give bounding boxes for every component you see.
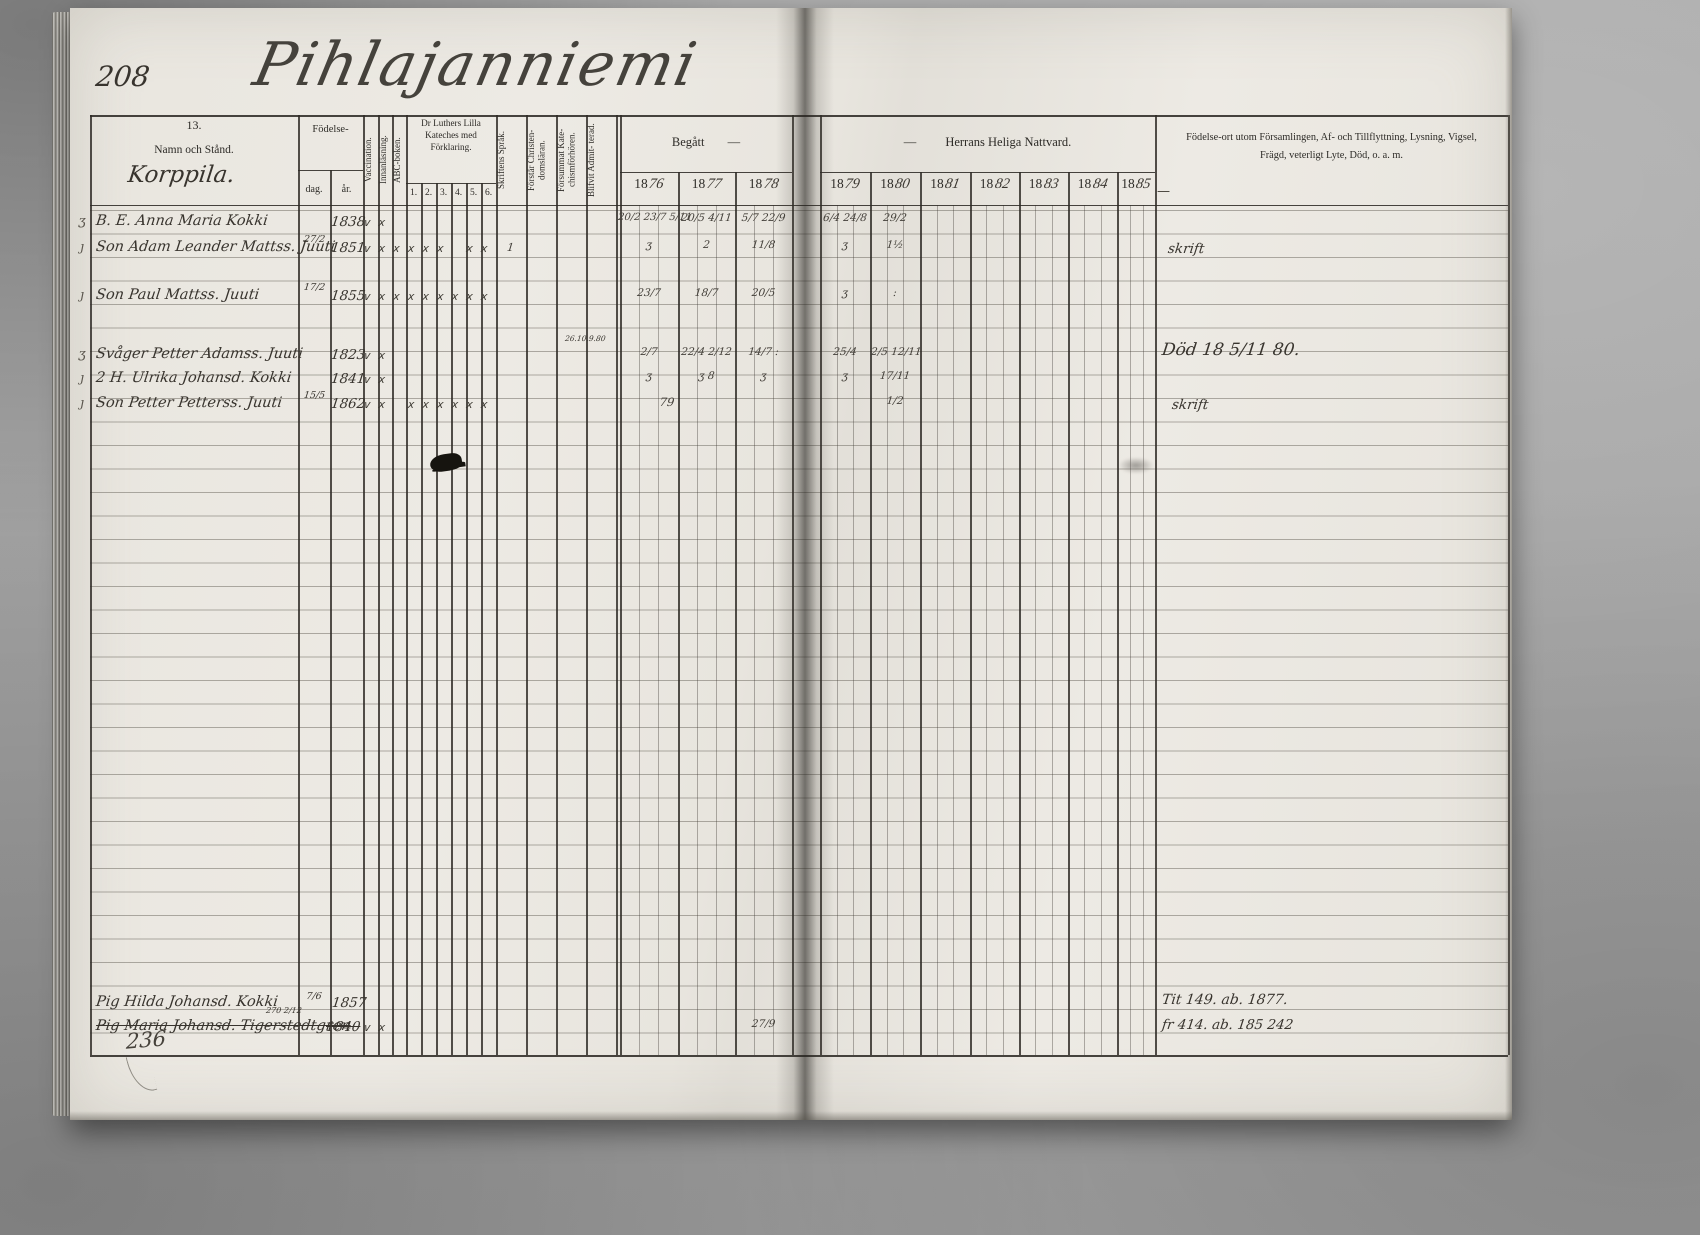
katekes-line: Dr Luthers Lilla: [406, 118, 496, 130]
margin-mark: ʒ: [74, 214, 90, 229]
grid-subline: [1052, 205, 1053, 1055]
row-reading-marks: vxxxxx xx: [363, 242, 496, 255]
communion-marks-1876: 2/7: [620, 346, 677, 358]
year-suffix: 77: [705, 176, 722, 193]
row-name: Son Petter Petterss. Juuti: [95, 395, 283, 411]
year-prefix: 18: [1029, 176, 1043, 191]
margin-mark: ʒ: [74, 347, 90, 362]
katekes-split-line: [406, 183, 496, 184]
year-suffix: 81: [944, 176, 961, 193]
grid-subline: [853, 205, 854, 1055]
row-reading-marks: vx: [363, 216, 394, 229]
row-name: Son Paul Mattss. Juuti: [95, 287, 260, 303]
row-birth-day: 15/5: [298, 390, 330, 401]
year-1880: 1880: [870, 176, 920, 193]
katekes-col-header: 3.: [436, 188, 451, 198]
communion-marks-1880: 17/11: [870, 370, 919, 382]
grid-subline: [937, 205, 938, 1055]
communion-marks-1880: 29/2: [870, 212, 919, 224]
year-prefix: 18: [980, 176, 994, 191]
grid-line-vertical: [1068, 172, 1070, 1055]
row-birth-day: 17/2: [298, 282, 330, 293]
katekes-line: Förklaring.: [406, 142, 496, 154]
tiny-marginal-note: 26.10.9.80: [564, 334, 606, 343]
row-reading-marks: vx: [363, 349, 394, 362]
katekes-col-header: 1.: [406, 188, 421, 198]
years-row-line: [620, 172, 792, 173]
row-note: skrift: [1171, 397, 1209, 413]
forsummat-katekesforhoren-header: Försummat Kate- chismförhören.: [556, 117, 586, 203]
grid-line-vertical: [620, 115, 622, 1055]
year-1881: 1881: [920, 176, 970, 193]
row-name: 2 H. Ulrika Johansd. Kokki: [95, 370, 292, 386]
grid-subline: [754, 205, 755, 1055]
grid-subline: [716, 205, 717, 1055]
grid-subline: [1003, 205, 1004, 1055]
year-suffix: 82: [993, 176, 1010, 193]
grid-line-vertical: [970, 172, 972, 1055]
grid-line-vertical: [363, 115, 365, 1055]
communion-marks-1880: 1½: [870, 239, 919, 251]
katekes-col-header: 4.: [451, 188, 466, 198]
margin-mark: ȷ: [74, 288, 90, 303]
scanned-parish-register: { "page": { "number": "208", "title": "P…: [0, 0, 1700, 1235]
grid-subline: [658, 205, 659, 1055]
after-years-dash: —: [1156, 184, 1171, 199]
row-name: Pig Hilda Johansd. Kokki: [95, 994, 279, 1010]
row-note-death: Död 18 5/11 80.: [1161, 340, 1301, 360]
grid-line-vertical: [298, 115, 300, 1055]
year-1877: 1877: [678, 176, 735, 193]
katekes-col-header: 6.: [481, 188, 496, 198]
name-column-header: Namn och Stånd.: [90, 144, 298, 156]
row-name: Svåger Petter Adamss. Juuti: [95, 346, 304, 362]
row-reading-marks: vx: [363, 1021, 394, 1034]
communion-marks-1876: 23/7: [620, 287, 677, 299]
communion-marks-1880: :: [870, 287, 919, 299]
grid-subline: [1084, 205, 1085, 1055]
grid-line-vertical: [466, 183, 468, 1055]
grid-line-vertical: [870, 172, 872, 1055]
row-birth-year: 1851: [330, 240, 366, 256]
year-suffix: 80: [894, 176, 911, 193]
katekes-col-header: 5.: [466, 188, 481, 198]
row-birth-day: 7/6: [297, 991, 330, 1002]
year-1884: 1884: [1068, 176, 1117, 193]
year-prefix: 18: [749, 176, 763, 191]
grid-line-vertical: [378, 115, 380, 1055]
birth-year-header: år.: [330, 184, 363, 195]
row-birth-year: 1855: [330, 288, 366, 304]
year-suffix: 83: [1042, 176, 1059, 193]
row-name: B. E. Anna Maria Kokki: [95, 213, 269, 229]
nattvard-label: Herrans Heliga Nattvard.: [945, 135, 1071, 149]
grid-subline: [1143, 205, 1144, 1055]
grid-subline: [953, 205, 954, 1055]
row-reading-marks: vx: [363, 373, 394, 386]
grid-subline: [1101, 205, 1102, 1055]
grid-line-vertical: [1117, 172, 1119, 1055]
year-suffix: 79: [844, 176, 861, 193]
year-prefix: 18: [692, 176, 706, 191]
katekes-line: Kateches med: [406, 130, 496, 142]
communion-marks-1877: 22/4 2/12: [678, 346, 734, 358]
row-sprak-mark: 1: [496, 241, 524, 254]
row-birth-year: 1841: [330, 371, 366, 387]
page-title: Pihlajanniemi: [248, 30, 704, 100]
year-1883: 1883: [1019, 176, 1068, 193]
notes-column-header-line2: Frägd, veterligt Lyte, Död, o. a. m.: [1155, 150, 1508, 161]
skriftens-sprak-header: Skriftens Språk.: [496, 117, 526, 203]
year-1882: 1882: [970, 176, 1019, 193]
year-suffix: 76: [648, 176, 665, 193]
grid-line-vertical: [616, 115, 618, 1055]
vaccination-header: Vaccination.: [363, 117, 378, 203]
communion-marks-1876: ʒ: [620, 239, 677, 251]
grid-subline: [639, 205, 640, 1055]
abc-boken-header: ABC-boken.: [392, 117, 406, 203]
book-gutter-fold: [776, 8, 834, 1120]
grid-line-vertical: [436, 183, 438, 1055]
innanlasning-header: Innanläsning.: [378, 117, 392, 203]
grid-line-vertical: [526, 115, 528, 1055]
year-suffix: 85: [1135, 176, 1152, 193]
communion-marks-1877: 2: [678, 239, 734, 251]
grid-subline: [1035, 205, 1036, 1055]
grid-line-vertical: [920, 172, 922, 1055]
row-reading-marks: vxxxxxxxx: [363, 290, 496, 303]
grid-line-vertical: [1019, 172, 1021, 1055]
grid-line-vertical: [451, 183, 453, 1055]
row-note: fr 414. ab. 185 242: [1161, 1017, 1294, 1033]
year-1885: 1885: [1117, 176, 1155, 193]
margin-mark: ȷ: [74, 240, 90, 255]
grid-line-vertical: [1155, 115, 1157, 1055]
grid-subline: [773, 205, 774, 1055]
row-birth-year: 1823: [330, 347, 366, 363]
year-prefix: 18: [1078, 176, 1092, 191]
blifvit-admitterad-header: Blifvit Admit- terad.: [586, 117, 616, 203]
year-prefix: 18: [880, 176, 894, 191]
year-prefix: 18: [930, 176, 944, 191]
row-note: Tit 149. ab. 1877.: [1161, 992, 1289, 1008]
years-row-line: [820, 172, 1155, 173]
begatt-label: Begått: [672, 135, 705, 149]
grid-subline: [1130, 205, 1131, 1055]
communion-marks-1877: 18/7: [678, 287, 734, 299]
birth-day-header: dag.: [298, 184, 330, 195]
footer-mark: 236: [126, 1026, 167, 1054]
year-prefix: 18: [1121, 176, 1135, 191]
register-double-page: 208 Pihlajanniemi 13. Namn och Stånd. Ko…: [70, 8, 1512, 1120]
notes-column-header-line1: Födelse-ort utom Församlingen, Af- och T…: [1155, 132, 1508, 143]
grid-line-vertical: [421, 183, 423, 1055]
grid-line-vertical: [556, 115, 558, 1055]
communion-marks-1877: 20/5 4/11: [678, 212, 734, 224]
row-birth-year: 1862: [330, 396, 366, 412]
katekes-col-header: 2.: [421, 188, 436, 198]
household-name: Korppila.: [126, 162, 236, 188]
row-birth-year: 1838: [330, 214, 366, 230]
book-page-stack-edge: [52, 12, 71, 1116]
grid-subline: [887, 205, 888, 1055]
begatt-header: Begått —: [620, 135, 792, 150]
communion-marks-1877: ʒ 8: [678, 370, 734, 382]
table-number: 13.: [90, 118, 298, 133]
grid-line-vertical: [392, 115, 394, 1055]
birth-group-header: Födelse-: [298, 124, 363, 135]
forstar-christendomslaran-header: Förstår Christen- domsläran.: [526, 117, 556, 203]
grid-line-vertical: [586, 115, 588, 1055]
row-birth-year: 1857: [331, 995, 367, 1011]
communion-marks-1880: 2/5 12/11: [870, 346, 919, 358]
communion-marks-1880: 1/2: [870, 395, 919, 407]
row-birth-year: 1840: [325, 1019, 361, 1035]
row-superscript-note: 270 2/12: [265, 1006, 302, 1015]
page-right-edge: [1505, 8, 1512, 1120]
row-birth-day: 27/2: [298, 234, 330, 245]
communion-marks-1876: 20/2 23/7 5/11: [617, 212, 680, 223]
grid-line-vertical: [90, 115, 92, 1055]
grid-line-vertical: [496, 115, 498, 1055]
grid-subline: [837, 205, 838, 1055]
grid-subline: [986, 205, 987, 1055]
grid-line-vertical: [678, 172, 680, 1055]
begatt-dash: —: [728, 135, 741, 149]
year-prefix: 18: [634, 176, 648, 191]
page-number: 208: [94, 60, 152, 93]
grid-line-vertical: [406, 115, 408, 1055]
margin-mark: ȷ: [74, 396, 90, 411]
communion-marks-1876: ʒ: [620, 370, 677, 382]
grid-line-vertical: [481, 183, 483, 1055]
year-1876: 1876: [620, 176, 678, 193]
margin-mark: ȷ: [74, 371, 90, 386]
footer-flourish: [126, 1052, 158, 1095]
grid-line-vertical: [735, 172, 737, 1055]
ink-smudge: [1118, 457, 1154, 474]
nattvard-header: — Herrans Heliga Nattvard.: [820, 135, 1155, 150]
admitted-year-mark: 79: [646, 395, 687, 409]
page-bottom-edge: [70, 1111, 1512, 1120]
row-note: skrift: [1167, 241, 1205, 257]
katekes-group-header: Dr Luthers Lilla Kateches med Förklaring…: [406, 118, 496, 154]
nattvard-dash: —: [904, 135, 917, 149]
year-suffix: 84: [1091, 176, 1108, 193]
grid-subline: [903, 205, 904, 1055]
row-reading-marks: vx xxxxxx: [363, 398, 496, 411]
grid-subline: [697, 205, 698, 1055]
birth-split-line: [298, 170, 363, 171]
